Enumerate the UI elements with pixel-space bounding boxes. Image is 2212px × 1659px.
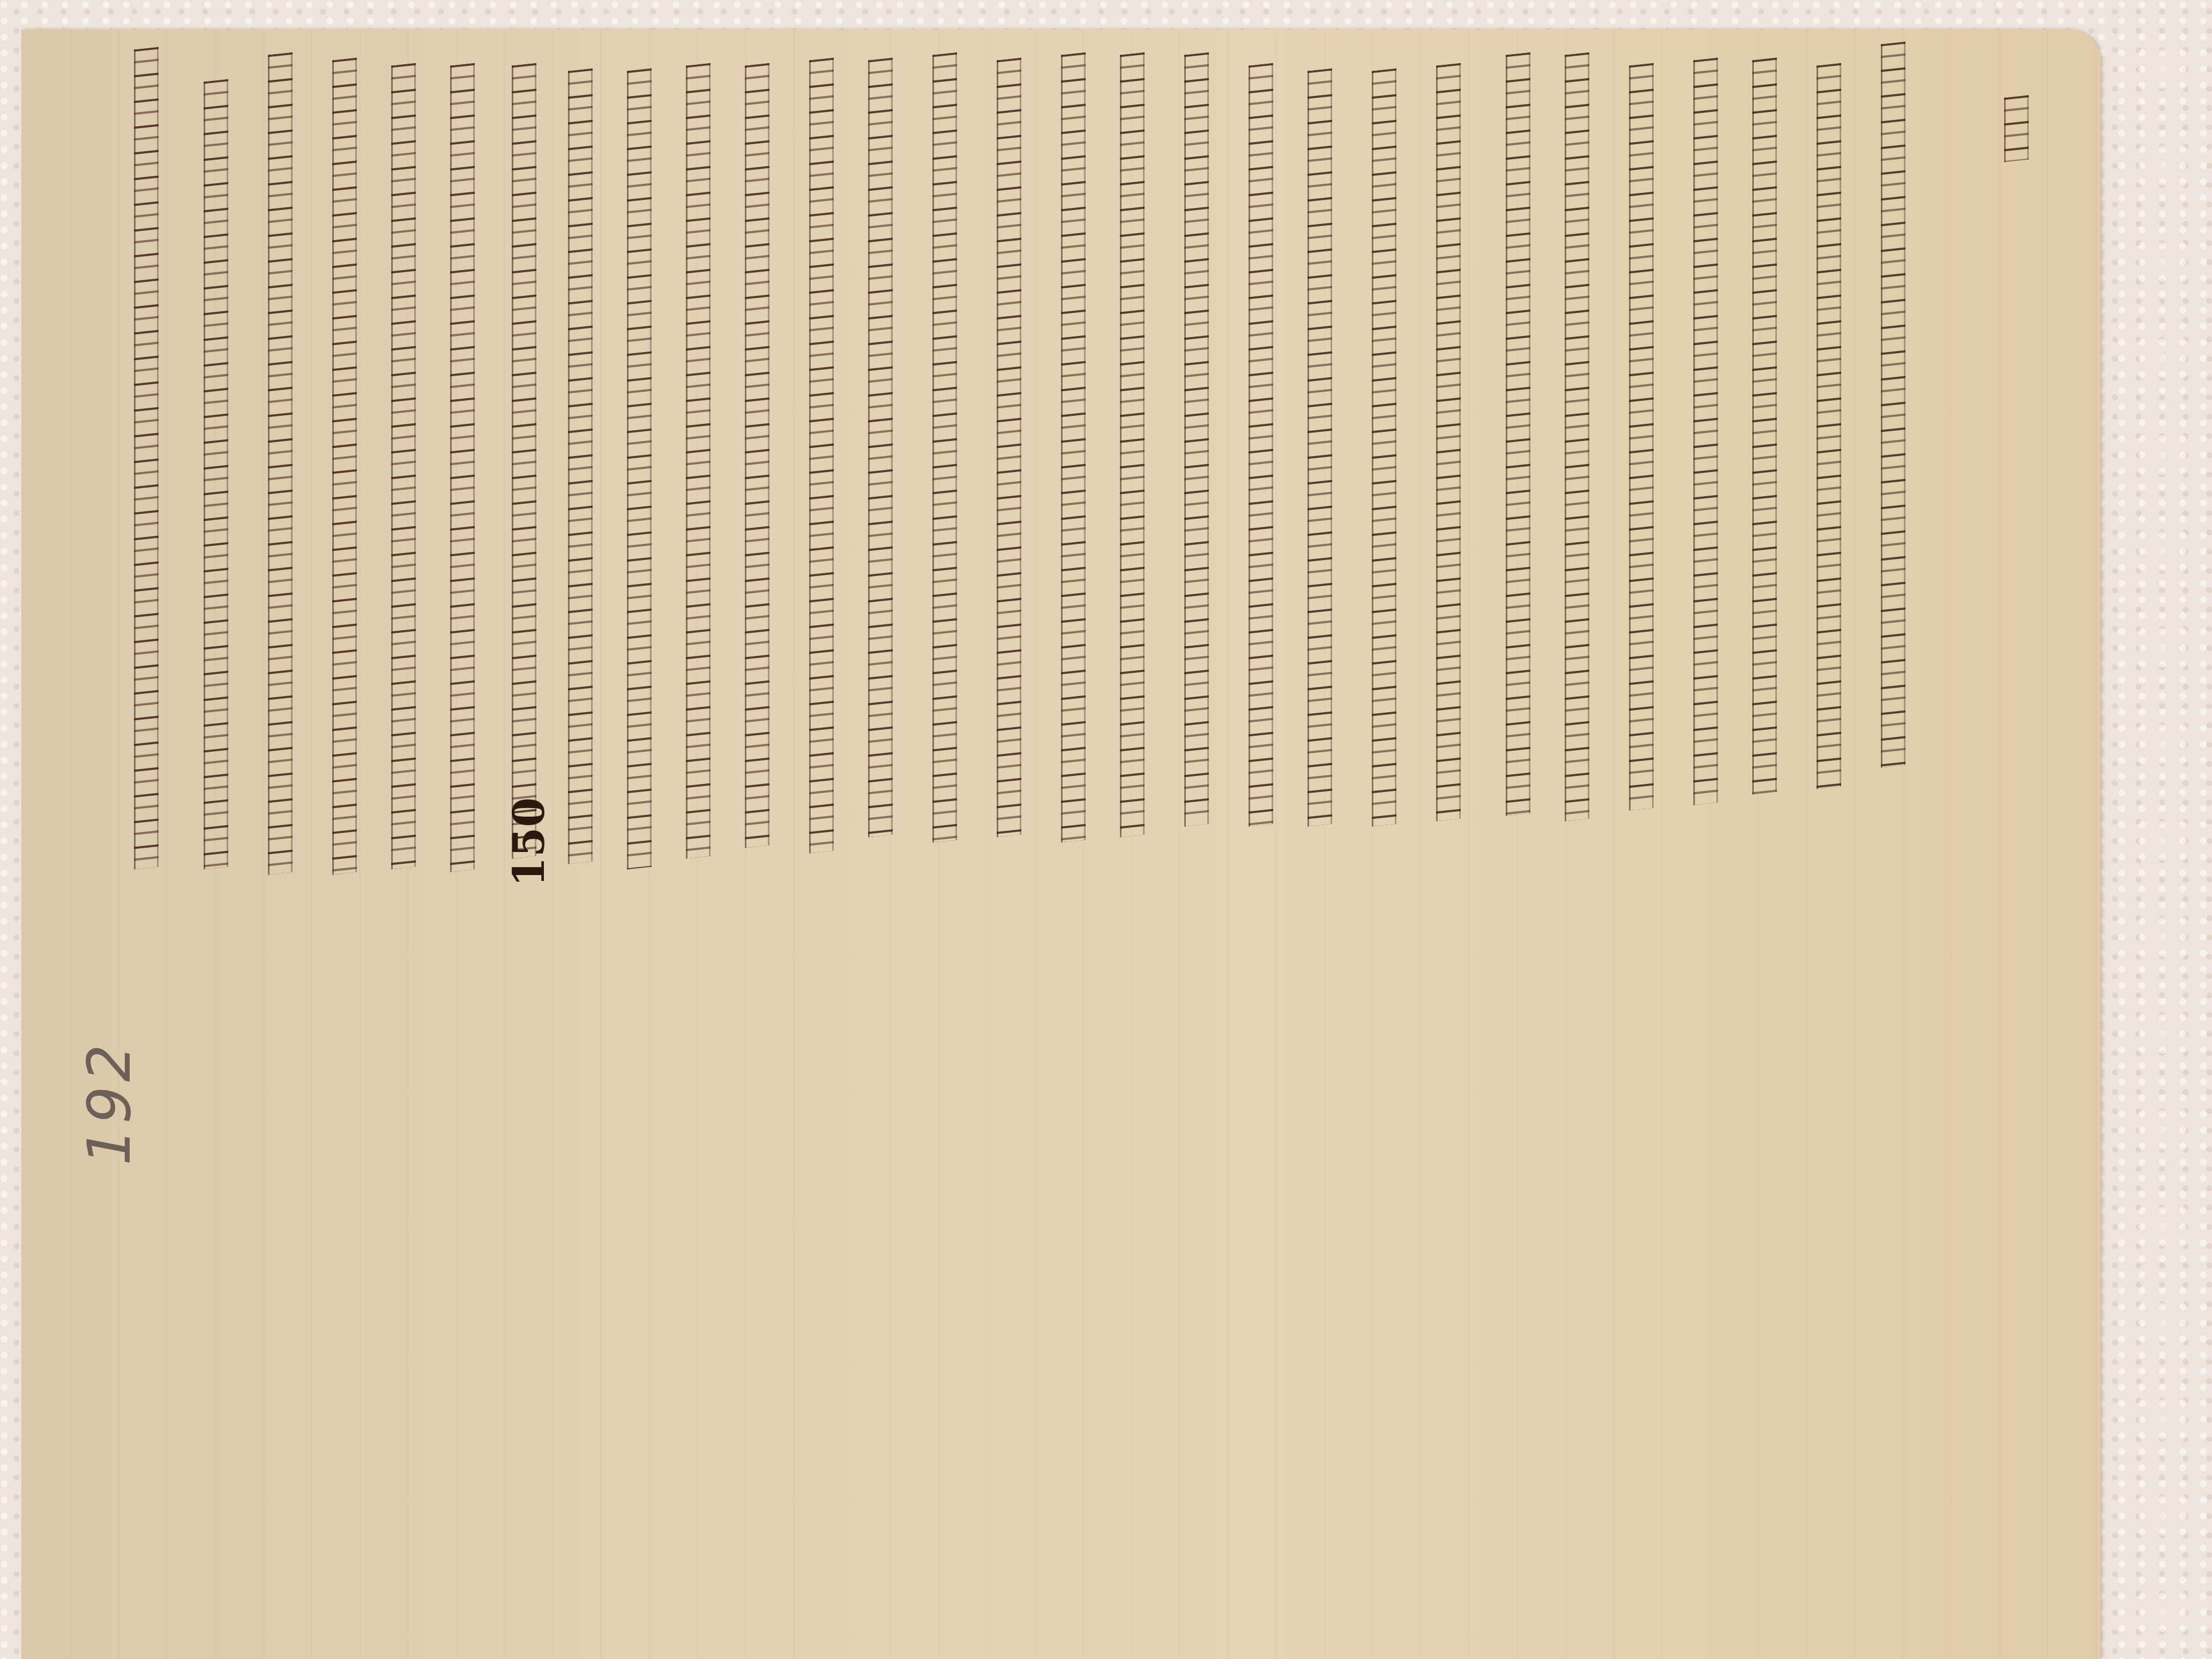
ink-stroke <box>512 63 536 859</box>
ink-stroke <box>1436 63 1461 821</box>
handwritten-line <box>672 64 721 857</box>
ink-stroke <box>2004 95 2029 162</box>
manuscript-page: 192 150 <box>21 29 2101 1659</box>
ink-stroke <box>391 63 416 870</box>
handwritten-line <box>1551 54 1600 820</box>
ink-stroke <box>332 58 357 875</box>
handwritten-line <box>795 59 845 852</box>
ink-stroke <box>1693 58 1718 805</box>
handwritten-line <box>1235 64 1284 825</box>
handwritten-line <box>613 70 662 868</box>
ink-stroke <box>1752 58 1777 795</box>
handwritten-line <box>1867 43 1916 766</box>
handwritten-line <box>1106 54 1155 836</box>
handwritten-line <box>1047 54 1096 841</box>
ink-stroke <box>268 53 293 875</box>
handwritten-line <box>1615 64 1664 809</box>
ink-stroke <box>1372 69 1396 827</box>
folio-number: 192 <box>75 1040 144 1165</box>
ink-stroke <box>1881 42 1905 768</box>
ink-stroke <box>627 69 652 870</box>
handwritten-line <box>190 80 239 868</box>
ink-stroke <box>1506 53 1530 816</box>
handwritten-line <box>254 54 303 873</box>
handwritten-number: 150 <box>504 797 554 887</box>
ink-stroke <box>568 69 593 864</box>
handwritten-line <box>554 70 603 863</box>
ink-stroke <box>932 53 957 843</box>
ink-stroke <box>1184 53 1209 827</box>
handwritten-line <box>436 64 485 871</box>
handwritten-line <box>120 48 169 868</box>
ink-stroke <box>134 47 159 870</box>
handwritten-line <box>1294 70 1343 825</box>
ink-stroke <box>1307 69 1332 827</box>
ink-stroke <box>997 58 1021 838</box>
ink-stroke <box>1061 53 1086 843</box>
ink-stroke <box>809 58 834 854</box>
handwritten-line <box>854 59 903 836</box>
ink-stroke <box>1629 63 1654 811</box>
ink-stroke <box>1565 53 1589 821</box>
ink-stroke <box>1120 53 1145 838</box>
handwritten-line <box>1679 59 1729 804</box>
handwritten-line <box>498 64 547 857</box>
ink-stroke <box>745 63 769 848</box>
handwritten-line <box>318 59 368 873</box>
ink-stroke <box>1817 63 1841 789</box>
ink-stroke <box>868 58 893 838</box>
handwritten-line <box>983 59 1032 836</box>
handwritten-line <box>1990 96 2039 161</box>
handwritten-line <box>377 64 427 868</box>
handwritten-line <box>1803 64 1852 788</box>
handwritten-line <box>1170 54 1220 825</box>
handwritten-line <box>1738 59 1788 793</box>
handwritten-line <box>1358 70 1407 825</box>
handwritten-line <box>1422 64 1471 820</box>
ink-stroke <box>450 63 475 872</box>
ink-stroke <box>1249 63 1273 827</box>
handwritten-line <box>918 54 968 841</box>
ink-stroke <box>204 79 228 870</box>
ink-stroke <box>686 63 711 859</box>
handwritten-line <box>731 64 780 847</box>
handwritten-line <box>1492 54 1541 814</box>
